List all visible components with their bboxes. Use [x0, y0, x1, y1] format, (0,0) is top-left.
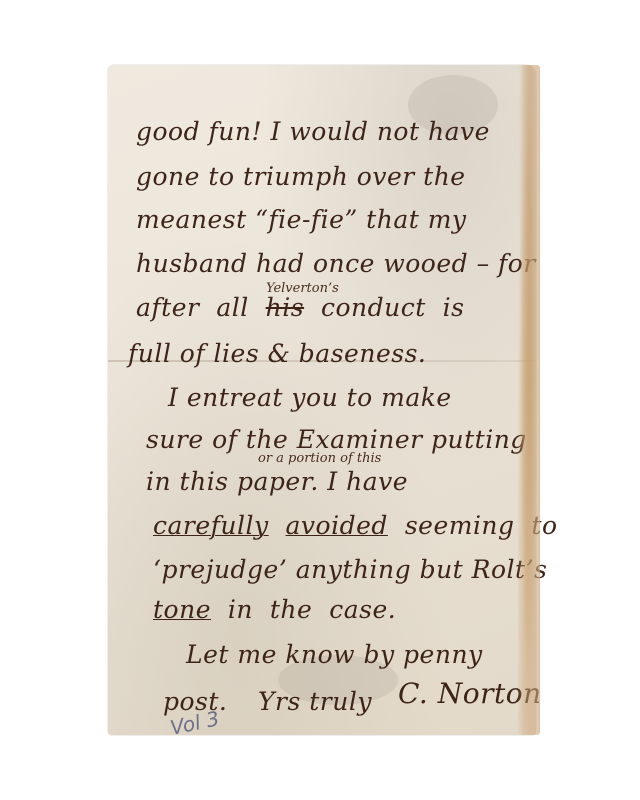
struck-word: his — [266, 293, 304, 322]
underlined-word: avoided — [286, 511, 388, 540]
signature: C. Norton — [398, 677, 542, 710]
closing: Yrs truly — [258, 687, 372, 716]
underlined-word: carefully — [153, 511, 269, 540]
text-line: Let me know by penny — [186, 640, 483, 669]
text-line: in this paper. I have — [146, 467, 408, 496]
insertion-portion: or a portion of this — [258, 451, 381, 466]
text-line: gone to triumph over the — [136, 162, 466, 191]
text-line: after all his conduct is after all his c… — [136, 293, 465, 322]
text-line: meanest “fie-fie” that my — [136, 205, 467, 234]
handwriting: good fun! I would not have gone to trium… — [108, 65, 536, 735]
text-line: carefully avoided seeming to — [153, 511, 558, 540]
underlined-word: tone — [153, 595, 211, 624]
text-line: husband had once wooed – for — [136, 249, 536, 278]
word: conduct is — [304, 293, 464, 322]
text-line: good fun! I would not have — [136, 117, 490, 146]
text-line: full of lies & baseness. — [128, 339, 426, 368]
text-line: I entreat you to make — [168, 383, 452, 412]
text-line: sure of the Examiner putting — [146, 425, 527, 454]
text-line: tone in the case. — [153, 595, 396, 624]
letter-page: good fun! I would not have gone to trium… — [108, 65, 536, 735]
text-line: ‘prejudge’ anything but Rolt’s — [153, 555, 547, 584]
word: after all — [136, 293, 266, 322]
